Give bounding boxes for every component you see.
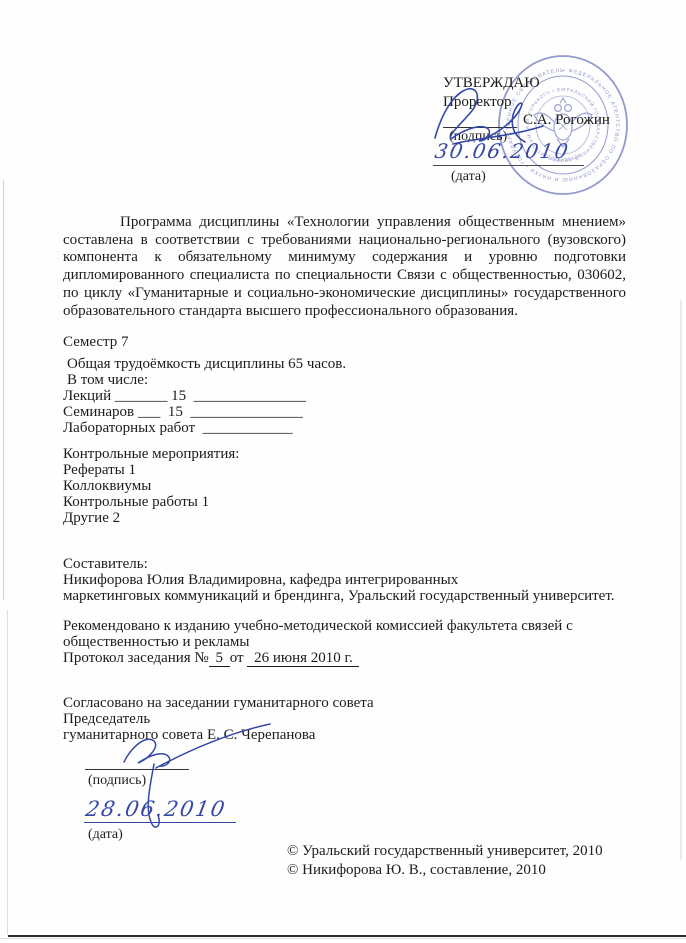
chair-handwritten-signature [98,722,278,840]
workload-including: В том числе: [63,372,346,388]
intro-paragraph: Программа дисциплины «Технологии управле… [63,214,626,320]
signature-flourish [453,126,543,144]
protocol-prefix: Протокол заседания № [63,650,209,666]
protocol-date: 26 июня 2010 г. [247,650,359,667]
copyright-line: © Никифорова Ю. В., составление, 2010 [287,861,603,880]
agreement-line: Согласовано на заседании гуманитарного с… [63,695,374,711]
signature-descender [148,764,159,827]
scan-edge-bottom-shadow [0,938,686,939]
protocol-middle: от [230,650,244,666]
date-caption: (дата) [451,168,673,185]
scan-edge-left [3,180,4,600]
copyright-line: © Уральский государственный университет,… [287,842,603,861]
author-block: Составитель: Никифорова Юлия Владимировн… [63,556,615,604]
signature-flourish [156,724,270,768]
recommendation-line: общественностью и рекламы [63,634,573,650]
protocol-line: Протокол заседания № 5 от 26 июня 2010 г… [63,650,573,666]
control-item: Рефераты 1 [63,462,239,478]
semester-line: Семестр 7 [63,334,129,350]
workload-seminars: Семинаров ___ 15 _______________ [63,404,346,420]
protocol-number: 5 [209,650,230,667]
author-label: Составитель: [63,556,615,572]
signature-stroke [124,739,170,766]
workload-total: Общая трудоёмкость дисциплины 65 часов. [63,356,346,372]
scan-edge-bottom [8,935,686,937]
scan-edge-left-2 [7,610,8,935]
control-item: Другие 2 [63,510,239,526]
control-activities-block: Контрольные мероприятия: Рефераты 1 Колл… [63,446,239,526]
approver-handwritten-signature [425,86,555,162]
control-item: Контрольные работы 1 [63,494,239,510]
scan-edge-right [680,300,682,860]
recommendation-block: Рекомендовано к изданию учебно-методичес… [63,618,573,666]
control-title: Контрольные мероприятия: [63,446,239,462]
scanned-document-page: • ФЕДЕРАЛЬНОЕ АГЕНТСТВО ПО ОБРАЗОВАНИЮ И… [0,0,686,943]
workload-block: Общая трудоёмкость дисциплины 65 часов. … [63,356,346,436]
copyright-block: © Уральский государственный университет,… [287,842,603,879]
control-item: Коллоквиумы [63,478,239,494]
author-line: маркетинговых коммуникаций и брендинга, … [63,588,615,604]
author-line: Никифорова Юлия Владимировна, кафедра ин… [63,572,615,588]
workload-labs: Лабораторных работ ____________ [63,420,346,436]
recommendation-line: Рекомендовано к изданию учебно-методичес… [63,618,573,634]
workload-lectures: Лекций _______ 15 _______________ [63,388,346,404]
